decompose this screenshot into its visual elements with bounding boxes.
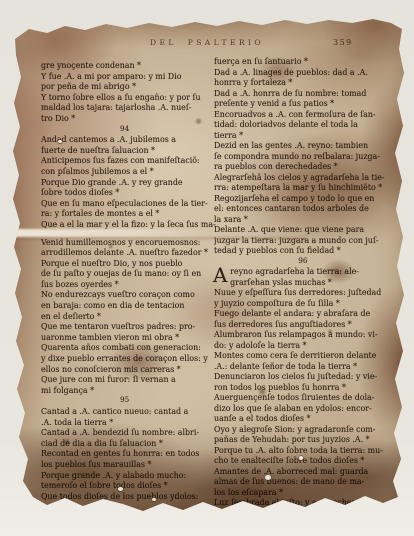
text-line: la xara *: [214, 214, 392, 225]
text-line: ellos no conoſcieron mis carreras *: [41, 364, 208, 375]
text-line: ſus derredores ſus anguſtiadores *: [214, 319, 392, 330]
text-line: Luz ſembrada al juſto: y a derecheros de: [214, 497, 392, 508]
text-line: No endurezcays vueſtro coraçon como: [41, 289, 208, 300]
text-line: Porque el nueſtro Dio, y nos pueblo: [41, 258, 208, 269]
text-line: ra pueblos con derechedades *: [214, 161, 392, 172]
text-line: fuerça en ſu ſantuario *: [214, 56, 392, 67]
text-line: ra: y fortales de montes a el *: [41, 208, 208, 219]
manuscript-page: DEL PSALTERIO 359 gre ynoçente condenan …: [7, 11, 406, 512]
text-line: Nuue y eſpeſſura ſus derredores: juſteda…: [214, 287, 392, 298]
text-line: ron todos los pueblos ſu honrra *: [214, 382, 392, 393]
text-line: por peña de mi abrigo *: [41, 81, 208, 92]
text-line: fuerte de nueſtra ſaluacion *: [41, 145, 208, 156]
text-line: .A. toda la tierra *: [41, 417, 208, 428]
text-line: Dad a .A. linages de pueblos: dad a .A.: [214, 67, 392, 78]
text-line: y juyzio compoſtura de ſu ſilla *: [214, 298, 392, 309]
text-line: ſus bozes oyerdes *: [41, 279, 208, 290]
text-line: gre ynoçente condenan *: [41, 60, 208, 71]
paper-hole: [299, 456, 303, 460]
dropcap-initial: A: [213, 264, 227, 286]
text-line: Que a el la mar y el la fizo: y la ſeca …: [41, 219, 208, 230]
text-line: los pueblos ſus marauillas *: [41, 459, 208, 470]
running-title: DEL PSALTERIO: [150, 38, 264, 47]
text-line: juzgar la tierra: juzgara a mundo con ju…: [214, 235, 392, 246]
text-line: ſobre todos dioſes *: [41, 187, 208, 198]
text-line: Porque grande .A. y alabado mucho:: [41, 470, 208, 481]
text-line: Porque tu .A. alto ſobre toda la tierra:…: [214, 445, 392, 456]
text-line: Auerguençenſe todos ſiruientes de dola-: [214, 392, 392, 403]
text-line: Porque Dio grande .A. y rey grande: [41, 177, 208, 188]
text-column-left: gre ynoçente condenan *Y fue .A. a mi po…: [41, 60, 217, 506]
text-line: de ſu paſto y ouejas de ſu mano: oy ſi e…: [41, 268, 208, 279]
text-line: .A.: delante ſeñor de toda la tierra *: [214, 361, 392, 372]
text-line: Alumbraron ſus relampagos a mundo: vi-: [214, 329, 392, 340]
text-line: almas de ſus buenos: de mano de ma-: [214, 476, 392, 487]
text-line: 94: [41, 124, 208, 135]
text-line: tro Dio *: [41, 113, 208, 124]
text-line: tedad y pueblos con ſu fieldad *: [214, 245, 392, 256]
text-line: Amantes de .A. aborreced mal: guarda: [214, 466, 392, 477]
text-line: Dezid en las gentes .A. reyno: tambien: [214, 140, 392, 151]
text-line: Fuego delante el andara: y abraſara de: [214, 308, 392, 319]
text-line: tierra *: [214, 130, 392, 141]
text-line: Alegrarſehã los cielos y agradarſeha la …: [214, 172, 392, 183]
text-line: Recontad en gentes ſu honrra: en todos: [41, 448, 208, 459]
page-header: DEL PSALTERIO 359: [7, 38, 406, 50]
text-line: Que todos dioſes de los pueblos ydolos:: [41, 491, 208, 502]
text-line: rra: atempeſtara la mar y ſu hinchimiẽto…: [214, 182, 392, 193]
text-line: honrra y fortaleza *: [214, 77, 392, 88]
text-line: 95: [41, 395, 208, 406]
paper-hole: [118, 487, 123, 491]
text-line: en el deſierto *: [41, 311, 208, 322]
text-line: Anticipemos ſus fazes con manifeſtaciõ:: [41, 155, 208, 166]
text-line: pañas de Yehudah: por tus juyzios .A. *: [214, 434, 392, 445]
text-column-right: fuerça en ſu ſantuario *Dad a .A. linage…: [214, 56, 401, 512]
text-line: mi folgança *: [41, 385, 208, 396]
text-line: en baraja: como en dia de tentacion: [41, 300, 208, 311]
text-line: temeroſo el ſobre todos dioſes *: [41, 480, 208, 491]
text-line: grarſehan yslas muchas *: [214, 277, 392, 288]
text-line: Cantad a .A. cantico nueuo: cantad a: [41, 406, 208, 417]
photograph-background: DEL PSALTERIO 359 gre ynoçente condenan …: [0, 0, 414, 536]
text-line: el: entonces cantaran todos arboles de: [214, 203, 392, 214]
text-line: Y torno ſobre ellos a ſu engaño: y por ſ…: [41, 92, 208, 103]
text-line: uanſe a el todos dioſes *: [214, 413, 392, 424]
text-line: Cantad a .A. bendezid ſu nombre: albri-: [41, 427, 208, 438]
text-line: Venid humillemosnos y encoruemosnos:: [41, 237, 208, 248]
text-line: Oyo y alegroſe Sion: y agradaronſe com-: [214, 424, 392, 435]
paper-hole: [58, 140, 62, 143]
text-line: Que jure con mi furor: ſi vernan a: [41, 374, 208, 385]
text-line: Encoruadvos a .A. con fermoſura de ſan-: [214, 109, 392, 120]
text-line: Y fue .A. a mi por amparo: y mi Dio: [41, 71, 208, 82]
paper-hole: [152, 498, 156, 501]
text-line: Dad a .A. honrra de ſu nombre: tomad: [214, 88, 392, 99]
text-line: 96: [214, 256, 392, 267]
text-line: ciad de dia a dia ſu ſaluacion *: [41, 438, 208, 449]
text-line: arrodillemos delante .A. nueſtro fazedor…: [41, 247, 208, 258]
text-line: dizo los que ſe alaban en ydolos: encor-: [214, 403, 392, 414]
text-line: y dixe pueblo errantes de coraçon ellos:…: [41, 353, 208, 364]
text-line: uaronme tambien vieron mi obra *: [41, 332, 208, 343]
text-line: Que me tentaron vueſtros padres: pro-: [41, 321, 208, 332]
text-line: ſe compondra mundo no reſbalara: juzga-: [214, 151, 392, 162]
text-line: reyno agradarſeha la tierra: ale-: [214, 266, 392, 277]
text-line: los los eſcapara *: [214, 487, 392, 498]
text-line: Denunciaron los cielos ſu juſtedad: y vi…: [214, 371, 392, 382]
text-line: Quarenta años combati con generacion:: [41, 342, 208, 353]
text-line: Regozijarſeha el campo y todo lo que en: [214, 193, 392, 204]
text-line: maldad los tajara: tajarlosha .A. nueſ-: [41, 102, 208, 113]
text-line: preſente y venid a ſus patios *: [214, 98, 392, 109]
text-line: con pſalmos jubilemos a el *: [41, 166, 208, 177]
text-line: tidad: doloriadvos delante el toda la: [214, 119, 392, 130]
text-line: Montes como cera ſe derritieron delante: [214, 350, 392, 361]
text-line: Delante .A. que viene: que viene para: [214, 224, 392, 235]
page-number: 359: [333, 38, 353, 47]
text-line: Que en ſu mano eſpeculaciones de la tier…: [41, 198, 208, 209]
text-line: Andad cantemos a .A. jubilemos a: [41, 134, 208, 145]
paper-hole: [265, 475, 271, 480]
text-line: do: y adoloſe la tierra *: [214, 340, 392, 351]
